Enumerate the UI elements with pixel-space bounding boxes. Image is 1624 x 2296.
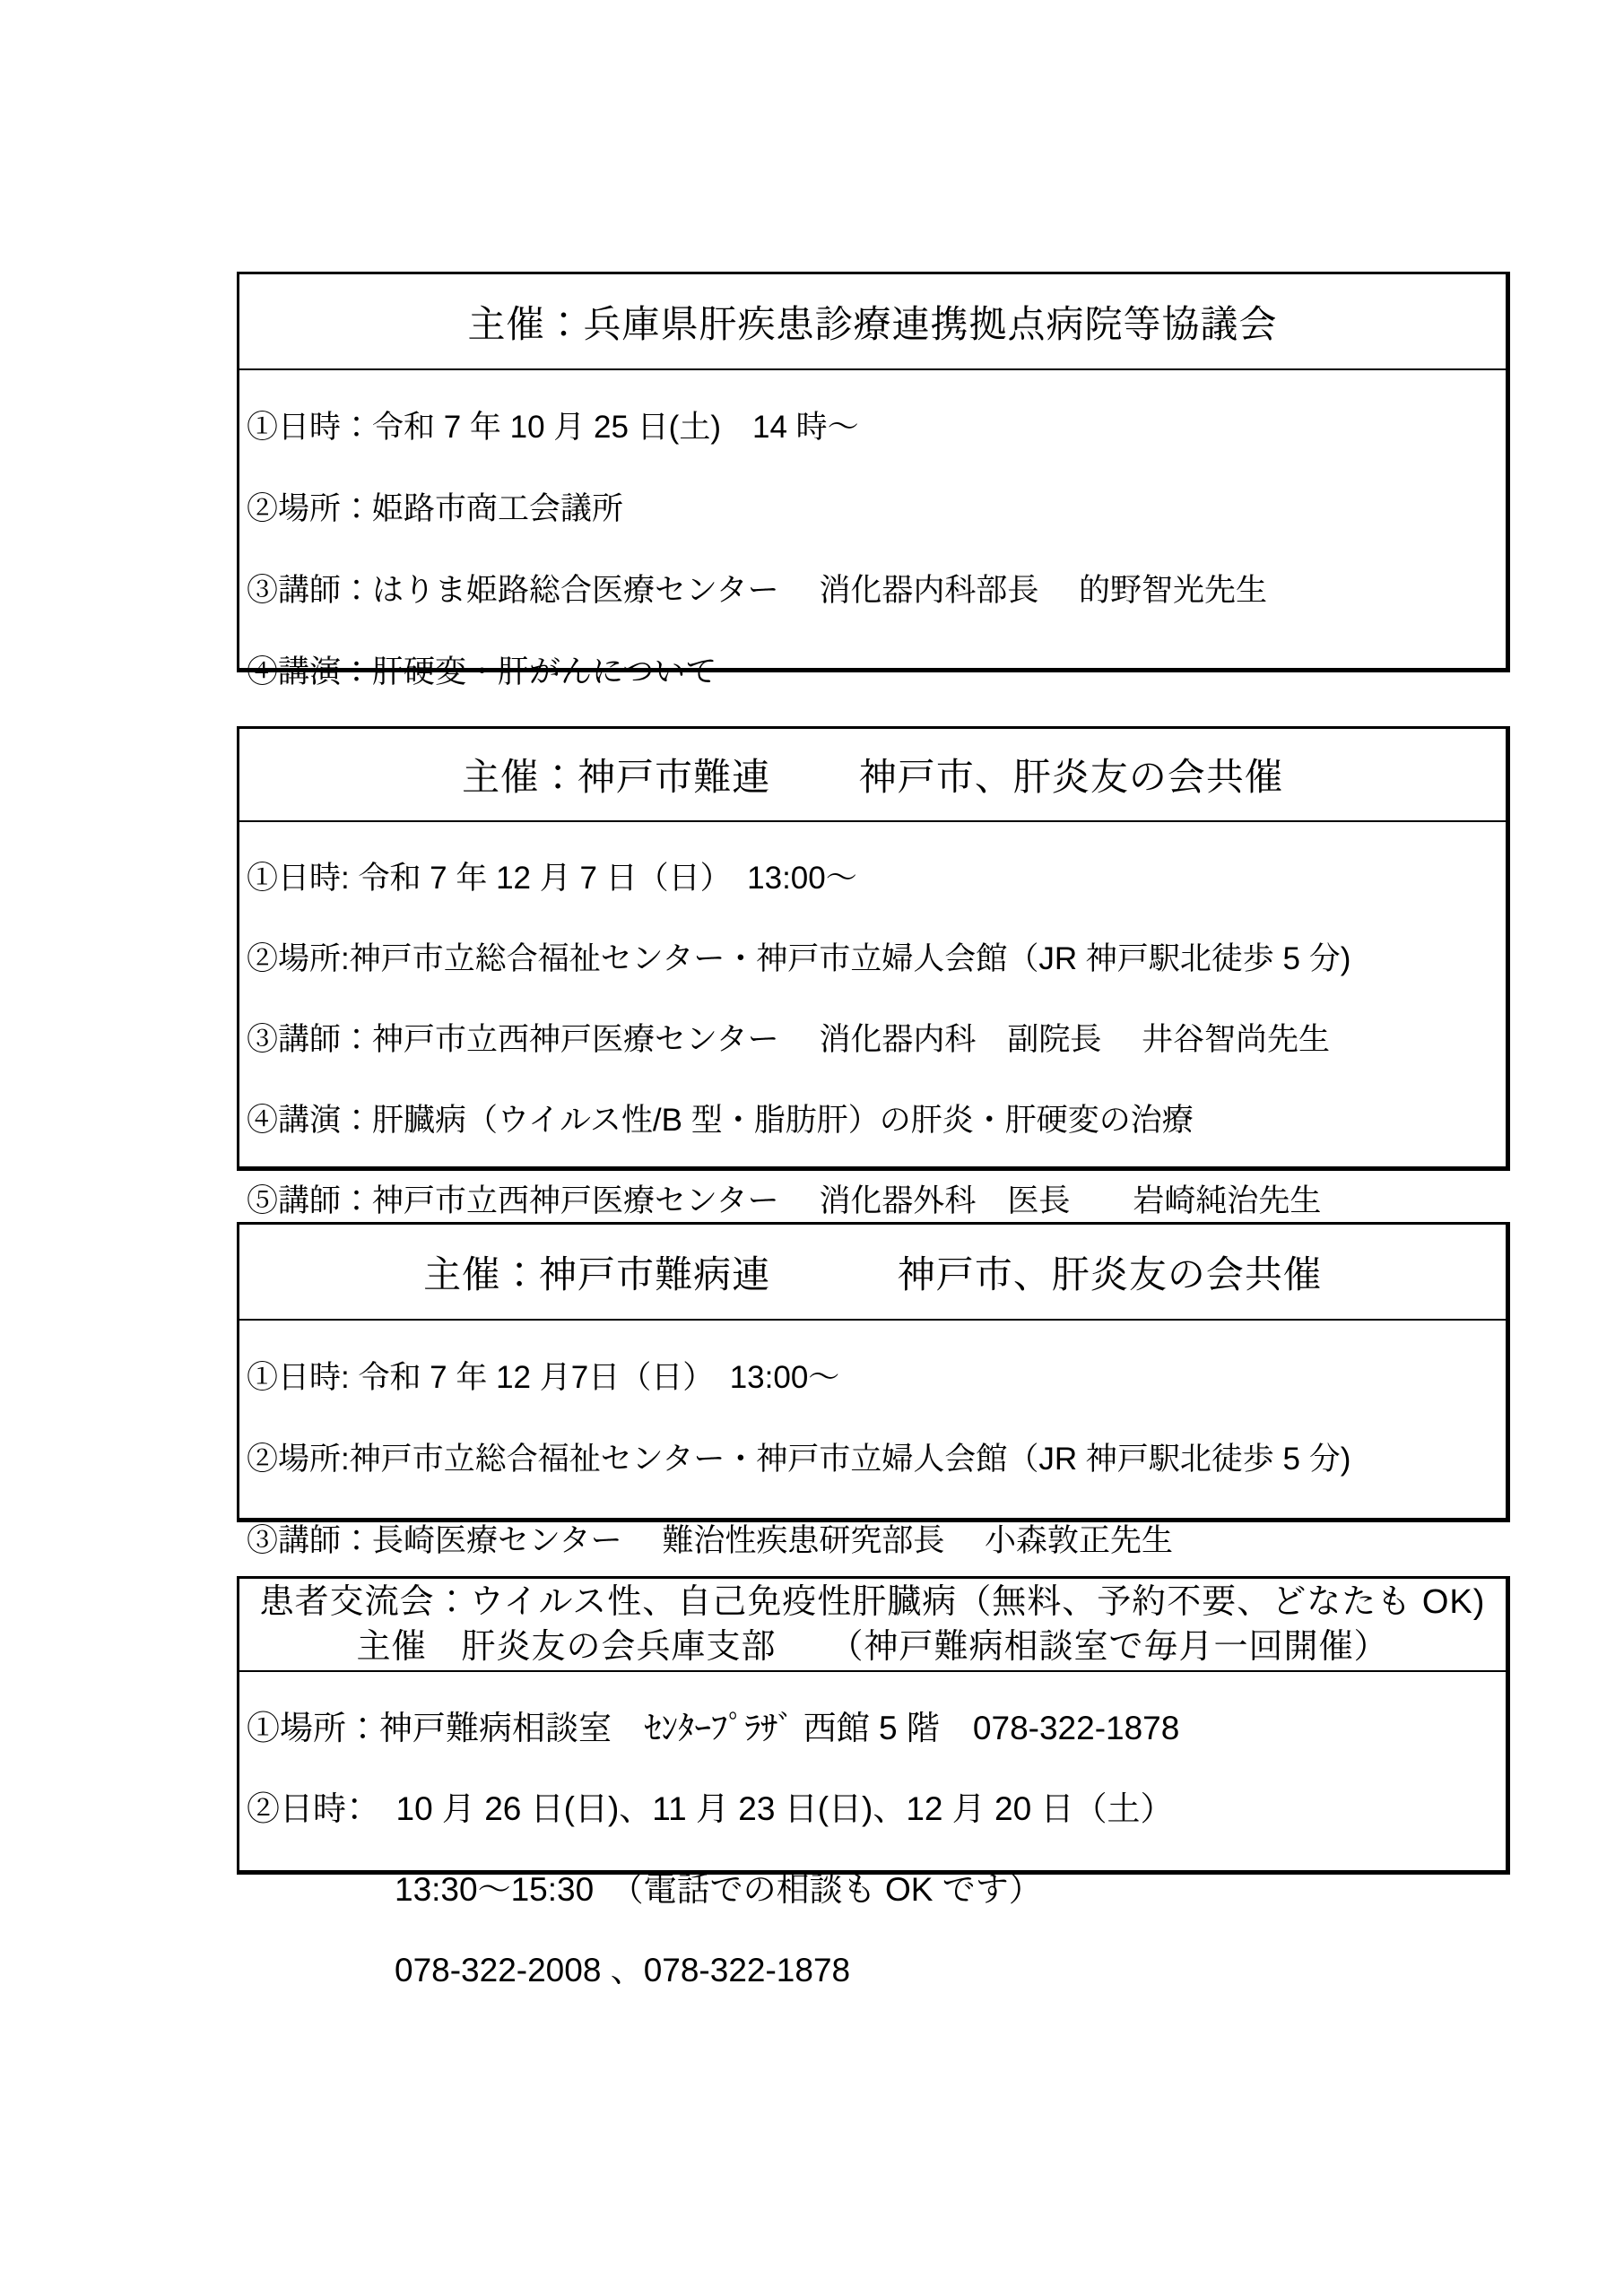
patient-exchange-body: ①場所：神戸難病相談室 ｾﾝﾀｰﾌﾟﾗｻﾞ 西館 5 階 078-322-187…	[239, 1672, 1506, 2027]
info-line-lecture: ④講演：肝硬変・肝がんについて	[247, 647, 1506, 697]
info-line-place: ②場所:神戸市立総合福祉センター・神戸市立婦人会館（JR 神戸駅北徒歩 5 分)	[247, 935, 1506, 983]
info-line-lecturer: ⑤講師：神戸市立西神戸医療センター 消化器外科 医長 岩崎純治先生	[247, 1177, 1506, 1226]
info-line-phone: 078-322-2008 、078-322-1878	[247, 1946, 1506, 1995]
patient-exchange-title-line2: 主催 肝炎友の会兵庫支部 （神戸難病相談室で毎月一回開催）	[356, 1625, 1388, 1669]
seminar-box-kobe-nanren-title: 主催：神戸市難連 神戸市、肝炎友の会共催	[239, 729, 1506, 822]
info-line-datetime: ②日時： 10 月 26 日(日)、11 月 23 日(日)、12 月 20 日…	[247, 1785, 1506, 1833]
seminar-box-kobe-nanren: 主催：神戸市難連 神戸市、肝炎友の会共催 ①日時: 令和 7 年 12 月 7 …	[237, 726, 1510, 1171]
info-line-lecturer: ③講師：神戸市立西神戸医療センター 消化器内科 副院長 井谷智尚先生	[247, 1016, 1506, 1064]
seminar-box-kobe-nanbyoren: 主催：神戸市難病連 神戸市、肝炎友の会共催 ①日時: 令和 7 年 12 月7日…	[237, 1222, 1510, 1522]
info-line-lecturer: ③講師：長崎医療センター 難治性疾患研究部長 小森敦正先生	[247, 1516, 1506, 1565]
patient-exchange-title: 患者交流会：ウイルス性、自己免疫性肝臓病（無料、予約不要、どなたも OK) 主催…	[239, 1579, 1506, 1672]
info-line-lecture: ④講演：肝臓病（ウイルス性/B 型・脂肪肝）の肝炎・肝硬変の治療	[247, 1096, 1506, 1145]
seminar-box-hyogo: 主催：兵庫県肝疾患診療連携拠点病院等協議会 ①日時：令和 7 年 10 月 25…	[237, 272, 1510, 672]
document-page: 主催：兵庫県肝疾患診療連携拠点病院等協議会 ①日時：令和 7 年 10 月 25…	[0, 0, 1624, 2296]
info-line-time: 13:30～15:30 （電話での相談も OK です）	[247, 1866, 1506, 1914]
info-line-place: ②場所:神戸市立総合福祉センター・神戸市立婦人会館（JR 神戸駅北徒歩 5 分)	[247, 1434, 1506, 1484]
seminar-box-hyogo-title: 主催：兵庫県肝疾患診療連携拠点病院等協議会	[239, 274, 1506, 370]
info-line-place: ①場所：神戸難病相談室 ｾﾝﾀｰﾌﾟﾗｻﾞ 西館 5 階 078-322-187…	[247, 1704, 1506, 1753]
info-line-datetime: ①日時: 令和 7 年 12 月 7 日（日） 13:00～	[247, 854, 1506, 903]
patient-exchange-title-line1: 患者交流会：ウイルス性、自己免疫性肝臓病（無料、予約不要、どなたも OK)	[260, 1580, 1486, 1625]
info-line-datetime: ①日時：令和 7 年 10 月 25 日(土) 14 時～	[247, 403, 1506, 452]
patient-exchange-box: 患者交流会：ウイルス性、自己免疫性肝臓病（無料、予約不要、どなたも OK) 主催…	[237, 1576, 1510, 1875]
info-line-place: ②場所：姫路市商工会議所	[247, 484, 1506, 533]
info-line-datetime: ①日時: 令和 7 年 12 月7日（日） 13:00～	[247, 1353, 1506, 1402]
info-line-lecturer: ③講師：はりま姫路総合医療センター 消化器内科部長 的野智光先生	[247, 566, 1506, 615]
seminar-box-kobe-nanbyoren-title: 主催：神戸市難病連 神戸市、肝炎友の会共催	[239, 1225, 1506, 1321]
